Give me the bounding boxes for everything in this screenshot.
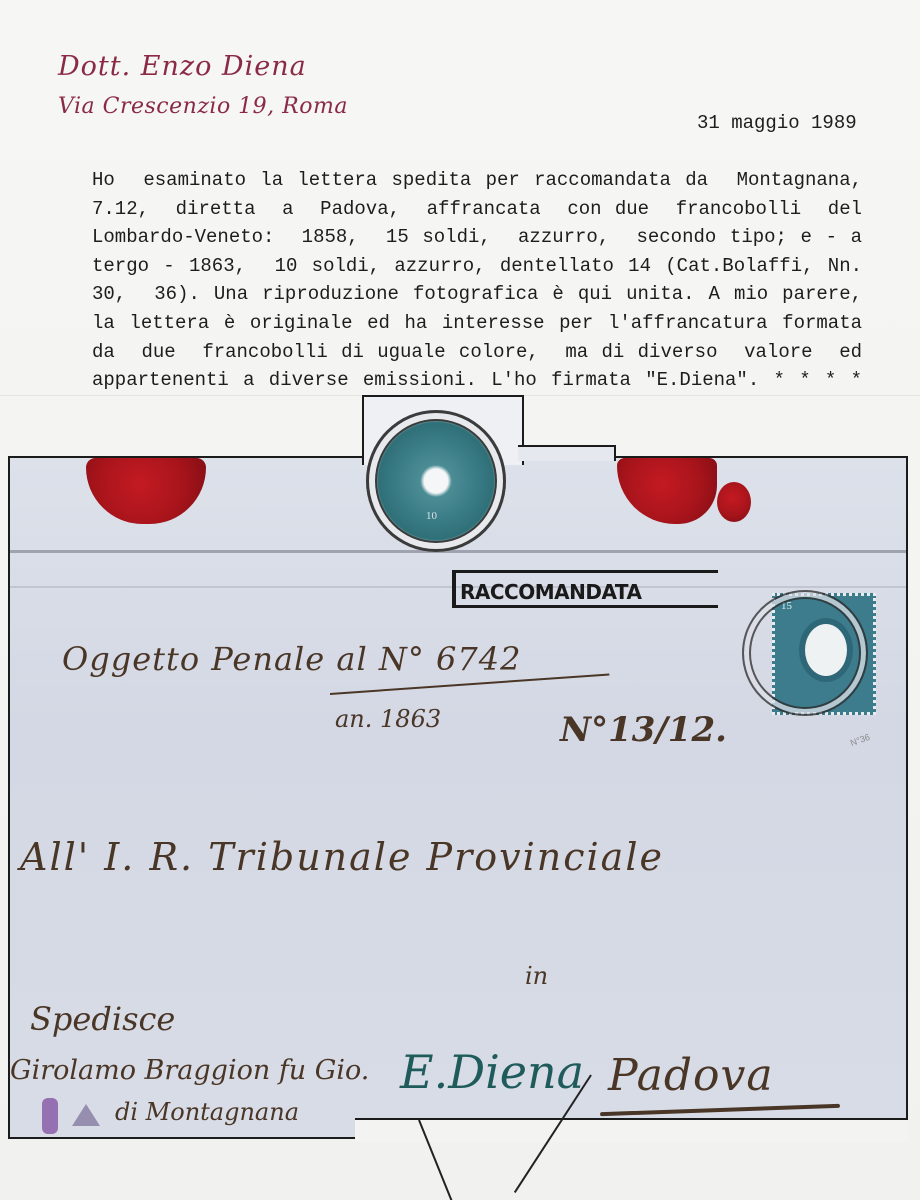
body-line: 30, 36). Una riproduzione fotografica è …: [92, 280, 862, 309]
body-line: Ho esaminato la lettera spedita per racc…: [92, 166, 862, 195]
manuscript-subject: Oggetto Penale al N° 6742: [62, 640, 521, 678]
letterhead: Dott. Enzo Diena Via Crescenzio 19, Roma: [58, 50, 348, 122]
back-flap-step: [518, 445, 616, 461]
manuscript-addressee: All' I. R. Tribunale Provinciale: [20, 835, 664, 879]
purple-mark-icon: [42, 1098, 58, 1134]
manuscript-sender-name: Girolamo Braggion fu Gio.: [10, 1055, 369, 1086]
stamp-10-soldi-oval: 10: [366, 410, 506, 552]
manuscript-sender-place: di Montagnana: [115, 1098, 299, 1126]
expert-address: Via Crescenzio 19, Roma: [58, 92, 348, 122]
stamp-value: 10: [426, 510, 437, 522]
body-line: Lombardo-Veneto: 1858, 15 soldi, azzurro…: [92, 223, 862, 252]
flap-fold: [10, 550, 906, 553]
certificate-body: Ho esaminato la lettera spedita per racc…: [92, 166, 862, 395]
manuscript-sender-label: Spedisce: [30, 1000, 175, 1038]
body-line: appartenenti a diverse emissioni. L'ho f…: [92, 366, 862, 395]
body-line: la lettera è originale ed ha interesse p…: [92, 309, 862, 338]
body-line: 7.12, diretta a Padova, affrancata con d…: [92, 195, 862, 224]
expert-name: Dott. Enzo Diena: [58, 50, 348, 84]
raccomandata-handstamp: RACCOMANDATA: [452, 570, 718, 608]
manuscript-number: N°13/12.: [560, 710, 727, 750]
manuscript-in: in: [525, 962, 548, 990]
manuscript-year: an. 1863: [335, 705, 441, 733]
wax-seal-right-fragment: [717, 482, 751, 522]
body-line: tergo - 1863, 10 soldi, azzurro, dentell…: [92, 252, 862, 281]
triangle-mark-icon: [72, 1104, 100, 1126]
postmark-rings: [742, 590, 868, 716]
expert-signature: E.Diena: [400, 1045, 584, 1099]
certificate-sheet: Dott. Enzo Diena Via Crescenzio 19, Roma…: [0, 0, 920, 1200]
cover-bottom-notch: [355, 1118, 908, 1142]
body-line: da due francobolli di uguale colore, ma …: [92, 338, 862, 367]
certificate-date: 31 maggio 1989: [697, 112, 857, 134]
manuscript-city: Padova: [608, 1050, 774, 1101]
